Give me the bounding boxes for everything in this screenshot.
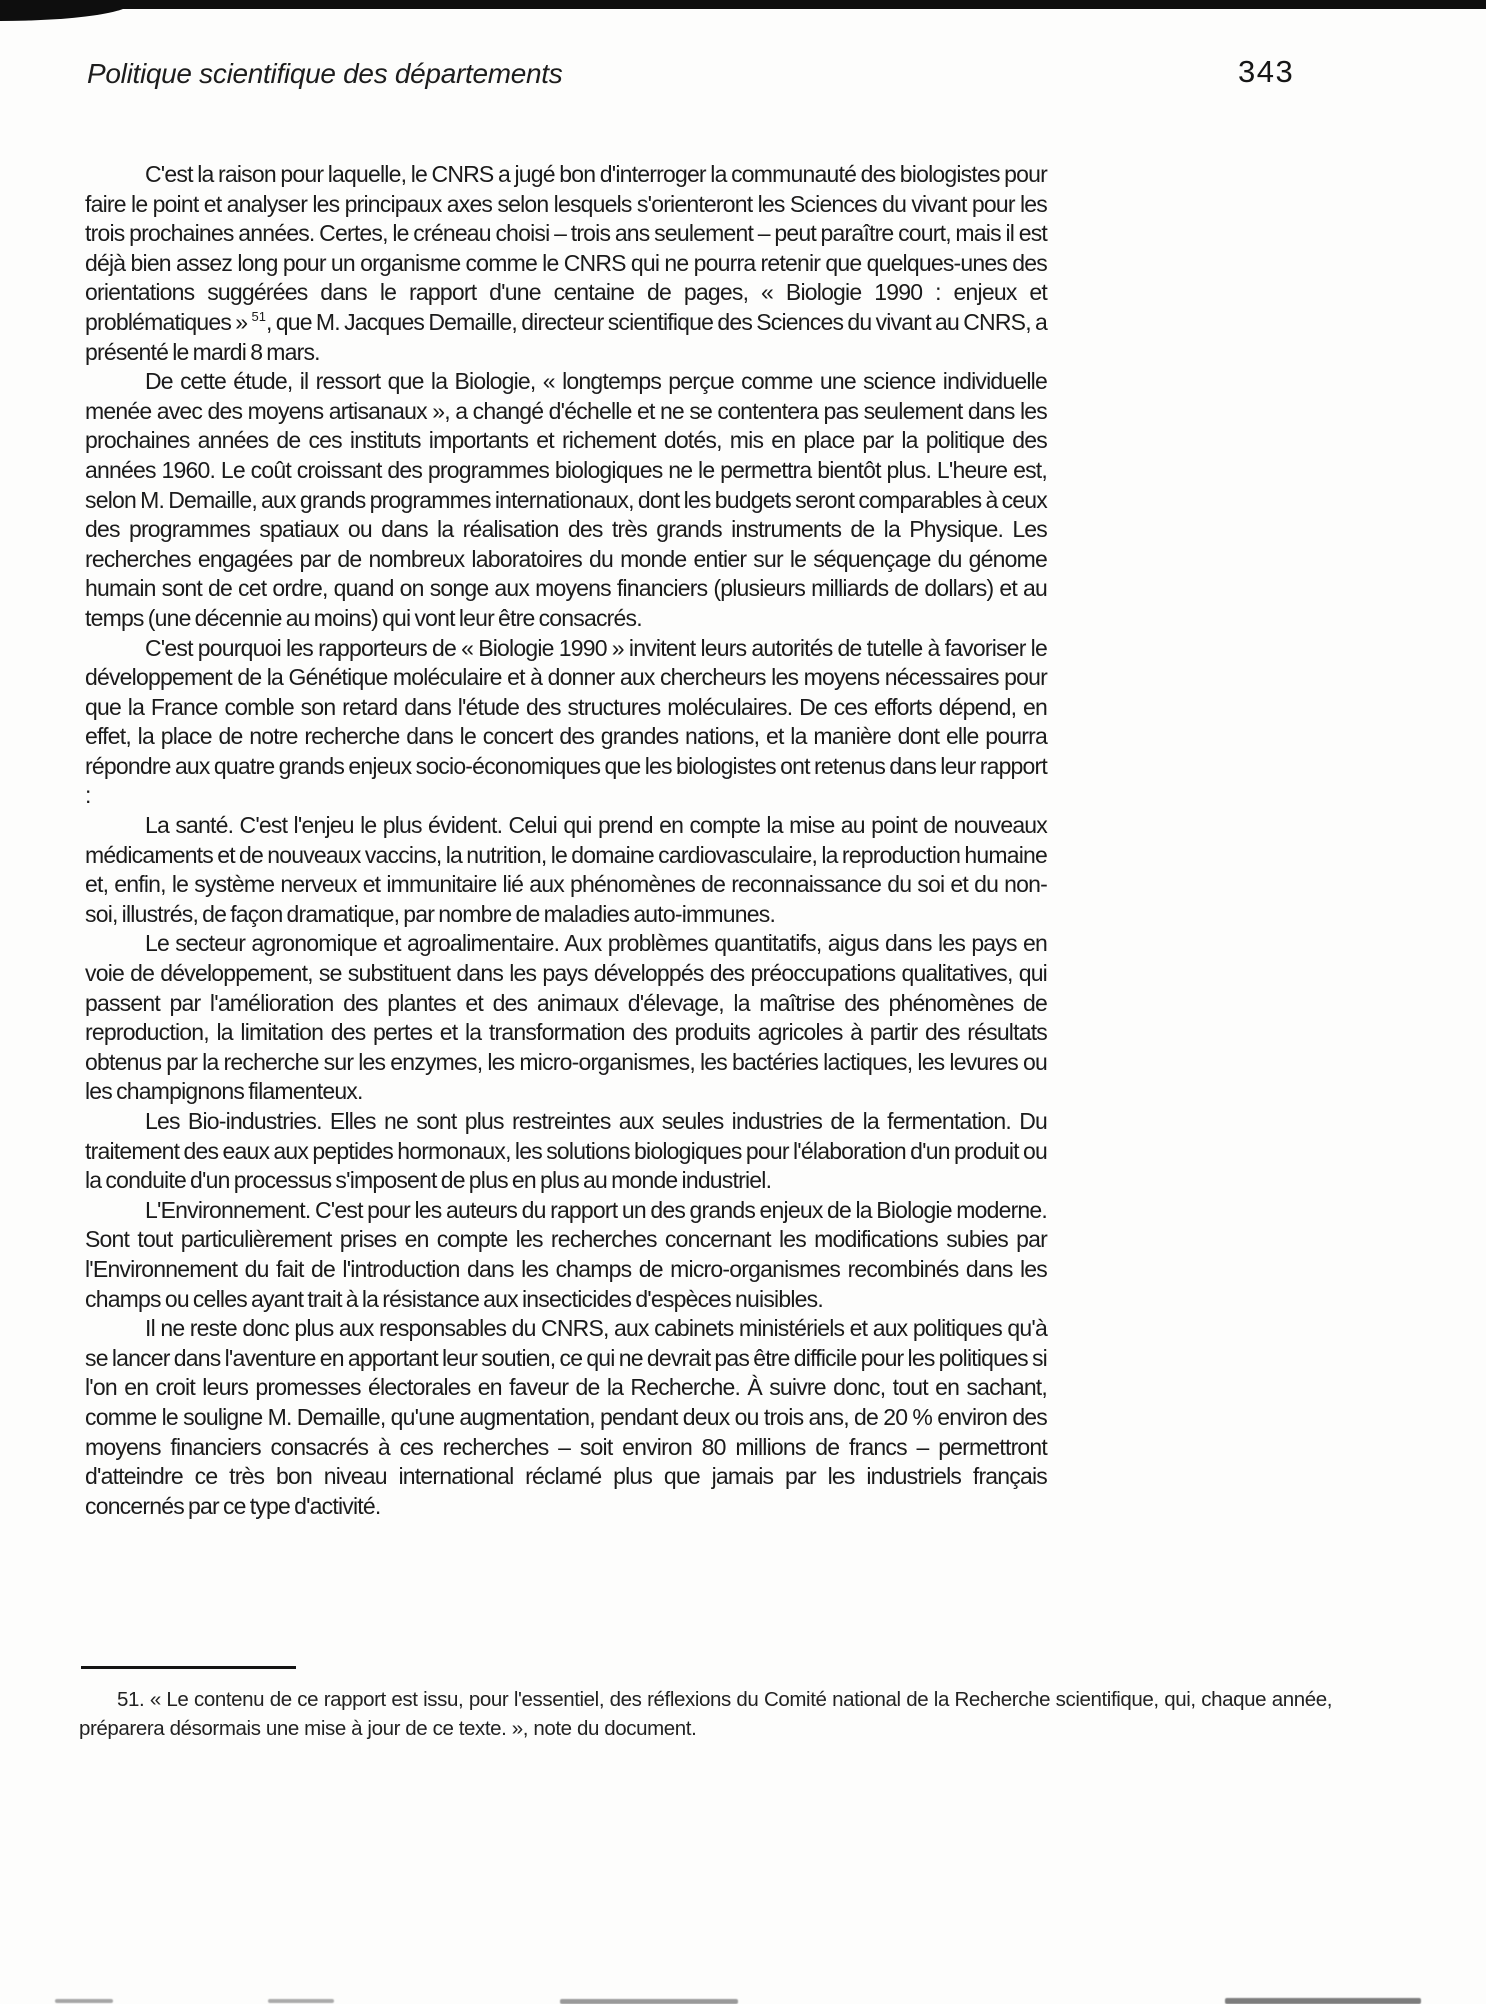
paragraph: C'est la raison pour laquelle, le CNRS a… [85, 160, 1047, 367]
paragraph: C'est pourquoi les rapporteurs de « Biol… [85, 634, 1047, 812]
scan-bottom-mark-artifact [268, 1999, 334, 2003]
paragraph: Les Bio-industries. Elles ne sont plus r… [85, 1107, 1047, 1196]
scan-top-edge-artifact [0, 0, 1486, 9]
footnote-separator-rule [81, 1666, 296, 1669]
footnote-text: 51. « Le contenu de ce rapport est issu,… [79, 1686, 1332, 1744]
article-body: C'est la raison pour laquelle, le CNRS a… [85, 160, 1047, 1521]
scan-bottom-mark-artifact [560, 1999, 738, 2004]
scanned-book-page: Politique scientifique des départements … [0, 0, 1486, 2004]
paragraph: Il ne reste donc plus aux responsables d… [85, 1314, 1047, 1521]
scan-bottom-mark-artifact [1225, 1998, 1421, 2004]
paragraph: Le secteur agronomique et agroalimentair… [85, 929, 1047, 1107]
running-header-title: Politique scientifique des départements [87, 58, 562, 90]
paragraph: De cette étude, il ressort que la Biolog… [85, 367, 1047, 633]
scan-bottom-mark-artifact [55, 1999, 113, 2003]
footnote-block: 51. « Le contenu de ce rapport est issu,… [79, 1666, 1332, 1744]
scan-corner-curl-artifact [0, 0, 132, 21]
paragraph: La santé. C'est l'enjeu le plus évident.… [85, 811, 1047, 929]
footnote-ref: 51 [251, 309, 265, 324]
paragraph: L'Environnement. C'est pour les auteurs … [85, 1196, 1047, 1314]
page-number: 343 [1238, 54, 1294, 90]
